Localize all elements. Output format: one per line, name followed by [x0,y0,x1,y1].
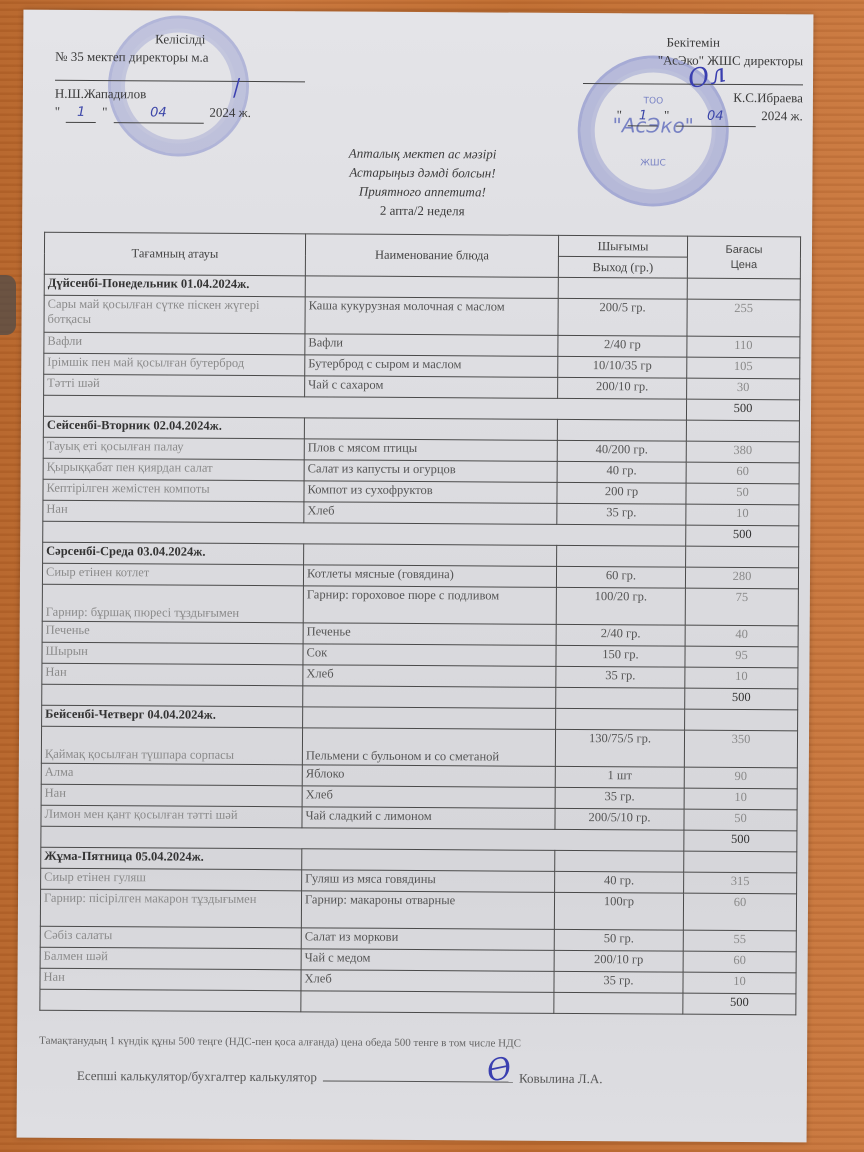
dish-name-kz: Алма [41,763,302,786]
dish-yield: 10/10/35 гр [558,356,687,378]
day-total: 500 [684,830,797,852]
dish-name-ru: Пельмени с бульоном и со сметаной [302,728,555,767]
dish-name-kz: Нан [40,968,301,991]
table-row: Гарнир: пісірілген макарон тұздығыменГар… [40,889,796,931]
dish-price: 10 [683,972,796,994]
dish-name-ru: Сок [303,644,556,667]
dish-price: 75 [685,588,798,626]
dish-name-kz: Тауық еті қосылған палау [43,437,304,460]
menu-table: Тағамның атауы Наименование блюда Шығымы… [39,232,801,1016]
dish-price: 50 [684,809,797,831]
empty-cell [42,684,303,707]
title-kz: Апталық мектеп ас мәзірі [273,143,573,164]
price-footnote: Тамақтанудың 1 күндік құны 500 теңге (НД… [39,1035,521,1050]
dish-yield: 200/5/10 гр. [555,808,684,830]
dish-yield: 40 гр. [557,461,686,483]
empty-cell [558,277,687,299]
day-label: Сәрсенбі-Среда 03.04.2024ж. [43,542,304,565]
dish-name-ru: Салат из моркови [301,928,554,951]
approved-title: Бекітемін [583,33,803,52]
empty-cell [686,420,799,442]
dish-name-ru: Чай с сахаром [305,376,558,399]
dish-yield: 35 гр. [557,503,686,525]
dish-name-ru: Гуляш из мяса говядины [302,870,555,893]
dish-price: 60 [683,893,796,931]
accountant-label: Есепші калькулятор/бухгалтер калькулятор [77,1068,317,1085]
day-label: Дүйсенбі-Понедельник 01.04.2024ж. [44,274,305,297]
table-row: Гарнир: бұршақ пюресі тұздығыменГарнир: … [42,584,798,626]
dish-price: 315 [684,872,797,894]
dish-name-kz: Қырыққабат пен қиярдан салат [43,458,304,481]
dish-price: 380 [686,441,799,463]
dish-price: 350 [684,730,797,768]
accountant-name: Ковылина Л.А. [519,1071,603,1088]
approval-block-left: Келісілді № 35 мектеп директоры м.а Н.Ш.… [55,30,306,125]
dish-name-kz: Ірімшік пен май қосылған бутерброд [44,353,305,376]
dish-yield: 35 гр. [556,666,685,688]
dish-yield: 200/10 гр [554,950,683,972]
empty-cell [687,278,800,300]
empty-cell [301,991,554,1014]
dish-name-kz: Шырын [42,642,303,665]
dish-yield: 40/200 гр. [557,440,686,462]
empty-cell [304,418,557,441]
table-row: Сары май қосылған сүтке піскен жүгері бо… [44,295,800,337]
dish-yield: 60 гр. [556,566,685,588]
dish-name-kz: Нан [43,500,304,523]
dish-yield: 2/40 гр [558,335,687,357]
dish-price: 110 [687,336,800,358]
dish-name-ru: Вафли [305,334,558,357]
dish-name-kz: Лимон мен қант қосылған тәтті шәй [41,805,302,828]
dish-price: 60 [683,951,796,973]
dish-name-kz: Сиыр етінен гуляш [41,868,302,891]
dish-price: 30 [687,378,800,400]
header-price-kz: Бағасы [691,242,797,258]
dish-name-ru: Чай сладкий с лимоном [302,807,555,830]
empty-cell [305,276,558,299]
header-price: Бағасы Цена [687,236,800,279]
dish-name-ru: Гарнир: макароны отварные [301,891,554,930]
dish-price: 280 [685,567,798,589]
dish-price: 90 [684,767,797,789]
dish-yield: 130/75/5 гр. [555,729,684,767]
dish-price: 10 [684,788,797,810]
dish-name-ru: Хлеб [303,665,556,688]
day-label: Сейсенбі-Вторник 02.04.2024ж. [43,416,304,439]
desk-object [0,275,16,335]
dish-price: 40 [685,625,798,647]
empty-cell [554,992,683,1014]
dish-name-ru: Каша кукурузная молочная с маслом [305,297,558,336]
header-dish-kz: Тағамның атауы [44,232,305,276]
day-total: 500 [685,688,798,710]
dish-name-kz: Балмен шәй [40,947,301,970]
empty-cell [556,687,685,709]
stamp-bottom-text: ЖШС [580,158,725,169]
dish-yield: 200 гр [557,482,686,504]
dish-price: 60 [686,462,799,484]
menu-document: ТОО "АсЭко" ЖШС Келісілді № 35 мектеп ди… [17,10,814,1143]
greeting-kz: Астарыңыз дәмді болсын! [272,162,572,183]
table-row: Қаймақ қосылған түшпара сорпасыПельмени … [41,726,797,768]
dish-price: 50 [686,483,799,505]
dish-name-kz: Сары май қосылған сүтке піскен жүгері бо… [44,295,305,334]
dish-name-ru: Чай с медом [301,949,554,972]
dish-name-kz: Гарнир: пісірілген макарон тұздығымен [40,889,301,928]
dish-price: 55 [683,930,796,952]
day-label: Жұма-Пятница 05.04.2024ж. [41,847,302,870]
week-label: 2 апта/2 неделя [272,200,572,221]
dish-name-kz: Кептірілген жемістен компоты [43,479,304,502]
date-month: 04 [113,104,203,124]
empty-cell [303,686,556,709]
empty-cell [304,544,557,567]
greeting-ru: Приятного аппетита! [272,181,572,202]
dish-name-kz: Нан [41,784,302,807]
empty-cell [686,546,799,568]
empty-cell [555,850,684,872]
menu-table-body: Дүйсенбі-Понедельник 01.04.2024ж.Сары ма… [40,274,800,1015]
date-year: 2024 ж. [209,104,251,122]
dish-price: 10 [685,667,798,689]
dish-name-ru: Яблоко [302,765,555,788]
header-price-ru: Цена [691,257,797,273]
empty-cell [556,708,685,730]
dish-name-ru: Хлеб [302,786,555,809]
dish-yield: 35 гр. [555,787,684,809]
dish-name-kz: Гарнир: бұршақ пюресі тұздығымен [42,584,303,623]
agreed-title: Келісілді [55,30,305,50]
dish-name-ru: Плов с мясом птицы [304,439,557,462]
school-director-name: Н.Ш.Жападилов [55,85,305,105]
date-day: 1 [628,107,658,126]
dish-price: 255 [687,299,800,337]
signature-line [323,1080,513,1082]
dish-name-kz: Печенье [42,621,303,644]
dish-name-kz: Қаймақ қосылған түшпара сорпасы [41,726,302,765]
dish-price: 105 [687,357,800,379]
dish-name-ru: Гарнир: гороховое пюре с подливом [303,586,556,625]
empty-cell [557,545,686,567]
date-day: 1 [66,104,96,123]
day-total-row: 500 [40,989,796,1015]
dish-yield: 100/20 гр. [556,587,685,625]
dish-name-ru: Печенье [303,623,556,646]
dish-name-kz: Сиыр етінен котлет [42,563,303,586]
dish-yield: 50 гр. [554,929,683,951]
day-total: 500 [686,399,799,421]
dish-name-ru: Компот из сухофруктов [304,481,557,504]
date-year: 2024 ж. [761,107,803,125]
day-total: 500 [686,525,799,547]
dish-name-kz: Тәтті шәй [44,374,305,397]
accountant-signature-block: Есепші калькулятор/бухгалтер калькулятор… [77,1068,603,1087]
dish-name-kz: Вафли [44,332,305,355]
empty-cell [40,989,301,1012]
dish-yield: 200/10 гр. [558,377,687,399]
empty-cell [557,419,686,441]
dish-yield: 150 гр. [556,645,685,667]
dish-price: 10 [686,504,799,526]
empty-cell [302,849,555,872]
dish-yield: 1 шт [555,766,684,788]
empty-cell [684,851,797,873]
day-total: 500 [683,993,796,1015]
dish-name-ru: Хлеб [301,970,554,993]
dish-yield: 2/40 гр. [556,624,685,646]
dish-name-kz: Нан [42,663,303,686]
date-month: 04 [675,108,755,127]
header-dish-ru: Наименование блюда [305,234,558,278]
menu-titles: Апталық мектеп ас мәзірі Астарыңыз дәмді… [272,143,572,221]
signature-line [55,70,305,83]
dish-name-ru: Бутерброд с сыром и маслом [305,355,558,378]
school-director-position: № 35 мектеп директоры м.а [55,48,305,68]
approval-date-right: "1" 04 2024 ж. [583,106,803,127]
empty-cell [685,709,798,731]
dish-name-kz: Сәбіз салаты [40,926,301,949]
dish-name-ru: Котлеты мясные (говядина) [303,565,556,588]
dish-name-ru: Салат из капусты и огурцов [304,460,557,483]
day-label: Бейсенбі-Четверг 04.04.2024ж. [42,705,303,728]
empty-cell [303,707,556,730]
dish-yield: 200/5 гр. [558,298,687,336]
dish-yield: 100гр [554,892,683,930]
approval-date-left: "1" 04 2024 ж. [55,103,305,125]
dish-yield: 40 гр. [555,871,684,893]
dish-yield: 35 гр. [554,971,683,993]
header-yield-kz: Шығымы [558,235,687,257]
dish-price: 95 [685,646,798,668]
header-yield-ru: Выход (гр.) [558,256,687,278]
dish-name-ru: Хлеб [304,502,557,525]
